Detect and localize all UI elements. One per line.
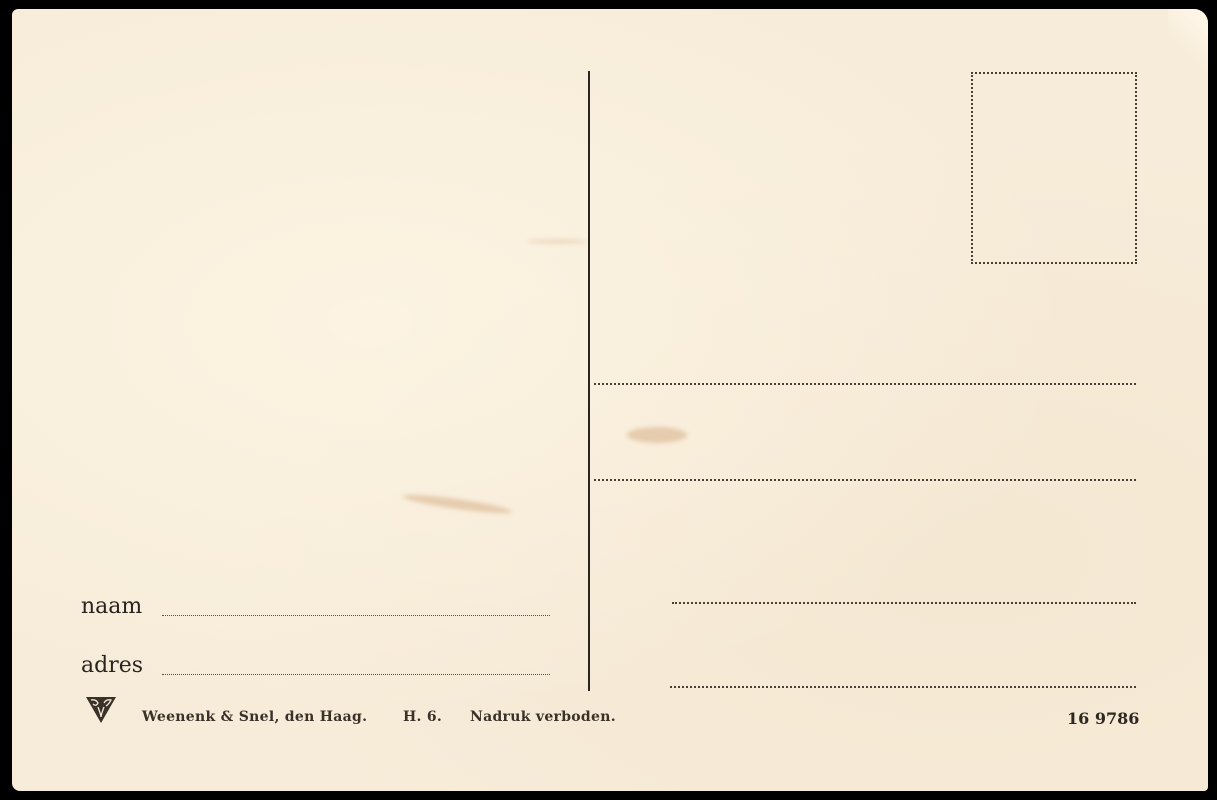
stain — [402, 491, 512, 516]
stain — [627, 427, 687, 443]
address-line-1 — [594, 383, 1136, 385]
stain — [527, 239, 587, 244]
name-line — [162, 615, 550, 616]
address-label: adres — [81, 653, 143, 678]
worn-corner — [1168, 9, 1208, 69]
center-divider — [588, 71, 590, 691]
serial-number: 16 9786 — [1067, 709, 1139, 728]
series-code: H. 6. — [403, 709, 442, 725]
publisher-logo-icon — [84, 695, 118, 725]
name-label: naam — [81, 594, 142, 619]
reprint-notice: Nadruk verboden. — [470, 709, 616, 725]
postcard-back: naam adres Weenenk & Snel, den Haag. H. … — [12, 9, 1208, 791]
address-field-line — [162, 674, 550, 675]
address-line-2 — [594, 479, 1136, 481]
address-line-4 — [670, 686, 1136, 688]
address-line-3 — [672, 602, 1136, 604]
stamp-placeholder-box — [971, 72, 1137, 264]
publisher-name: Weenenk & Snel, den Haag. — [142, 709, 367, 725]
